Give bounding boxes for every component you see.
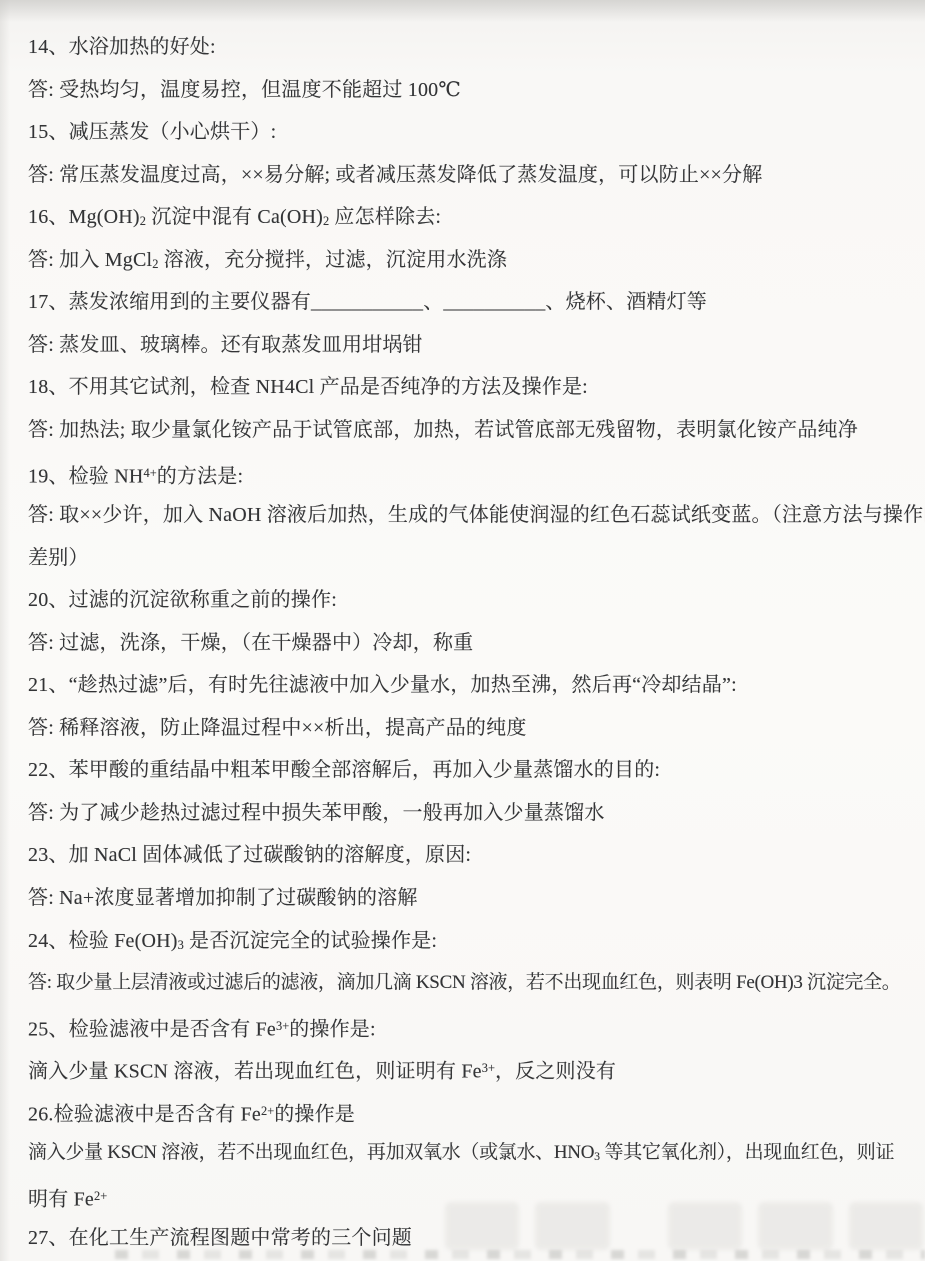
text-segment: 差别）: [28, 547, 89, 569]
text-line-13: 差别）: [28, 544, 923, 572]
text-line-21: 答: Na+浓度显著增加抑制了过碳酸钠的溶解: [28, 884, 923, 912]
document-body: 14、水浴加热的好处:答: 受热均匀，温度易控，但温度不能超过 100℃15、减…: [0, 0, 925, 1261]
text-segment: 沉淀中混有 Ca(OH): [146, 206, 323, 228]
text-segment: 答: 为了减少趁热过滤过程中损失苯甲酸，一般再加入少量蒸馏水: [28, 802, 605, 824]
sup-segment: 4+: [144, 466, 157, 480]
text-segment: 答: Na+浓度显著增加抑制了过碳酸钠的溶解: [28, 887, 418, 909]
text-segment: 溶液，充分搅拌，过滤，沉淀用水洗涤: [158, 249, 507, 271]
text-segment: 答: 受热均匀，温度易控，但温度不能超过 100℃: [28, 79, 461, 101]
text-line-28: 明有 Fe2+: [28, 1182, 923, 1214]
text-segment: 22、苯甲酸的重结晶中粗苯甲酸全部溶解后，再加入少量蒸馏水的目的:: [28, 759, 660, 781]
text-segment: 16、Mg(OH): [28, 206, 140, 228]
text-segment: 答: 取少量上层清液或过滤后的滤液，滴加几滴 KSCN 溶液，若不出现血红色，则…: [28, 972, 901, 993]
text-segment: 25、检验滤液中是否含有 Fe: [28, 1018, 276, 1040]
text-segment: 19、检验 NH: [28, 465, 144, 487]
sup-segment: 3+: [482, 1061, 495, 1075]
text-line-18: 22、苯甲酸的重结晶中粗苯甲酸全部溶解后，再加入少量蒸馏水的目的:: [28, 756, 923, 784]
text-line-25: 滴入少量 KSCN 溶液，若出现血红色，则证明有 Fe3+，反之则没有: [28, 1054, 923, 1086]
text-line-3: 15、减压蒸发（小心烘干）:: [28, 118, 923, 146]
text-segment: 的操作是: [274, 1103, 355, 1125]
text-line-24: 25、检验滤液中是否含有 Fe3+的操作是:: [28, 1012, 923, 1044]
sup-segment: 2+: [261, 1104, 274, 1118]
text-segment: 等其它氧化剂），出现血红色，则证: [600, 1142, 894, 1163]
text-line-5: 16、Mg(OH)2 沉淀中混有 Ca(OH)2 应怎样除去:: [28, 203, 923, 235]
text-line-12: 答: 取××少许，加入 NaOH 溶液后加热，生成的气体能使润湿的红色石蕊试纸变…: [28, 501, 923, 529]
text-line-14: 20、过滤的沉淀欲称重之前的操作:: [28, 586, 923, 614]
text-line-9: 18、不用其它试剂，检查 NH4Cl 产品是否纯净的方法及操作是:: [28, 373, 923, 401]
text-segment: 21、“趁热过滤”后，有时先往滤液中加入少量水，加热至沸，然后再“冷却结晶”:: [28, 674, 737, 696]
text-line-16: 21、“趁热过滤”后，有时先往滤液中加入少量水，加热至沸，然后再“冷却结晶”:: [28, 671, 923, 699]
text-segment: ，反之则没有: [495, 1061, 616, 1083]
text-segment: 18、不用其它试剂，检查 NH4Cl 产品是否纯净的方法及操作是:: [28, 376, 588, 398]
text-segment: 答: 常压蒸发温度过高，××易分解; 或者减压蒸发降低了蒸发温度，可以防止××分…: [28, 164, 762, 186]
text-line-4: 答: 常压蒸发温度过高，××易分解; 或者减压蒸发降低了蒸发温度，可以防止××分…: [28, 161, 923, 189]
text-line-19: 答: 为了减少趁热过滤过程中损失苯甲酸，一般再加入少量蒸馏水: [28, 799, 923, 827]
text-line-10: 答: 加热法; 取少量氯化铵产品于试管底部，加热，若试管底部无残留物，表明氯化铵…: [28, 416, 923, 444]
text-segment: 20、过滤的沉淀欲称重之前的操作:: [28, 589, 337, 611]
text-line-29: 27、在化工生产流程图题中常考的三个问题: [28, 1224, 923, 1252]
text-line-8: 答: 蒸发皿、玻璃棒。还有取蒸发皿用坩埚钳: [28, 331, 923, 359]
text-line-26: 26.检验滤液中是否含有 Fe2+的操作是: [28, 1097, 923, 1129]
text-segment: 答: 蒸发皿、玻璃棒。还有取蒸发皿用坩埚钳: [28, 334, 423, 356]
text-segment: 答: 加入 MgCl: [28, 249, 152, 271]
text-segment: 27、在化工生产流程图题中常考的三个问题: [28, 1227, 412, 1249]
text-segment: 答: 稀释溶液，防止降温过程中××析出，提高产品的纯度: [28, 717, 527, 739]
text-segment: 15、减压蒸发（小心烘干）:: [28, 121, 276, 143]
text-line-6: 答: 加入 MgCl2 溶液，充分搅拌，过滤，沉淀用水洗涤: [28, 246, 923, 278]
document-page: 14、水浴加热的好处:答: 受热均匀，温度易控，但温度不能超过 100℃15、减…: [0, 0, 925, 1261]
text-line-15: 答: 过滤，洗涤，干燥，（在干燥器中）冷却，称重: [28, 629, 923, 657]
text-segment: 明有 Fe: [28, 1188, 94, 1210]
text-segment: 26.检验滤液中是否含有 Fe: [28, 1103, 261, 1125]
text-segment: 14、水浴加热的好处:: [28, 36, 216, 58]
text-line-27: 滴入少量 KSCN 溶液，若不出现血红色，再加双氧水（或氯水、HNO3 等其它氧…: [28, 1139, 923, 1171]
text-line-1: 14、水浴加热的好处:: [28, 33, 923, 61]
text-line-17: 答: 稀释溶液，防止降温过程中××析出，提高产品的纯度: [28, 714, 923, 742]
text-segment: 滴入少量 KSCN 溶液，若出现血红色，则证明有 Fe: [28, 1061, 482, 1083]
text-segment: 23、加 NaCl 固体减低了过碳酸钠的溶解度，原因:: [28, 844, 471, 866]
text-line-2: 答: 受热均匀，温度易控，但温度不能超过 100℃: [28, 76, 923, 104]
text-segment: 答: 取××少许，加入 NaOH 溶液后加热，生成的气体能使润湿的红色石蕊试纸变…: [28, 504, 925, 526]
text-line-20: 23、加 NaCl 固体减低了过碳酸钠的溶解度，原因:: [28, 841, 923, 869]
text-segment: 17、蒸发浓缩用到的主要仪器有___________、__________、烧杯…: [28, 291, 707, 313]
text-segment: 24、检验 Fe(OH): [28, 930, 178, 952]
text-segment: 答: 加热法; 取少量氯化铵产品于试管底部，加热，若试管底部无残留物，表明氯化铵…: [28, 419, 858, 441]
text-line-22: 24、检验 Fe(OH)3 是否沉淀完全的试验操作是:: [28, 927, 923, 959]
text-segment: 是否沉淀完全的试验操作是:: [184, 930, 437, 952]
text-segment: 应怎样除去:: [329, 206, 441, 228]
text-line-7: 17、蒸发浓缩用到的主要仪器有___________、__________、烧杯…: [28, 288, 923, 316]
text-line-11: 19、检验 NH4+的方法是:: [28, 459, 923, 491]
sup-segment: 2+: [94, 1189, 107, 1203]
text-segment: 答: 过滤，洗涤，干燥，（在干燥器中）冷却，称重: [28, 632, 473, 654]
text-segment: 的方法是:: [157, 465, 244, 487]
sup-segment: 3+: [276, 1019, 289, 1033]
text-segment: 滴入少量 KSCN 溶液，若不出现血红色，再加双氧水（或氯水、HNO: [28, 1142, 594, 1163]
text-line-23: 答: 取少量上层清液或过滤后的滤液，滴加几滴 KSCN 溶液，若不出现血红色，则…: [28, 969, 923, 997]
text-segment: 的操作是:: [289, 1018, 376, 1040]
